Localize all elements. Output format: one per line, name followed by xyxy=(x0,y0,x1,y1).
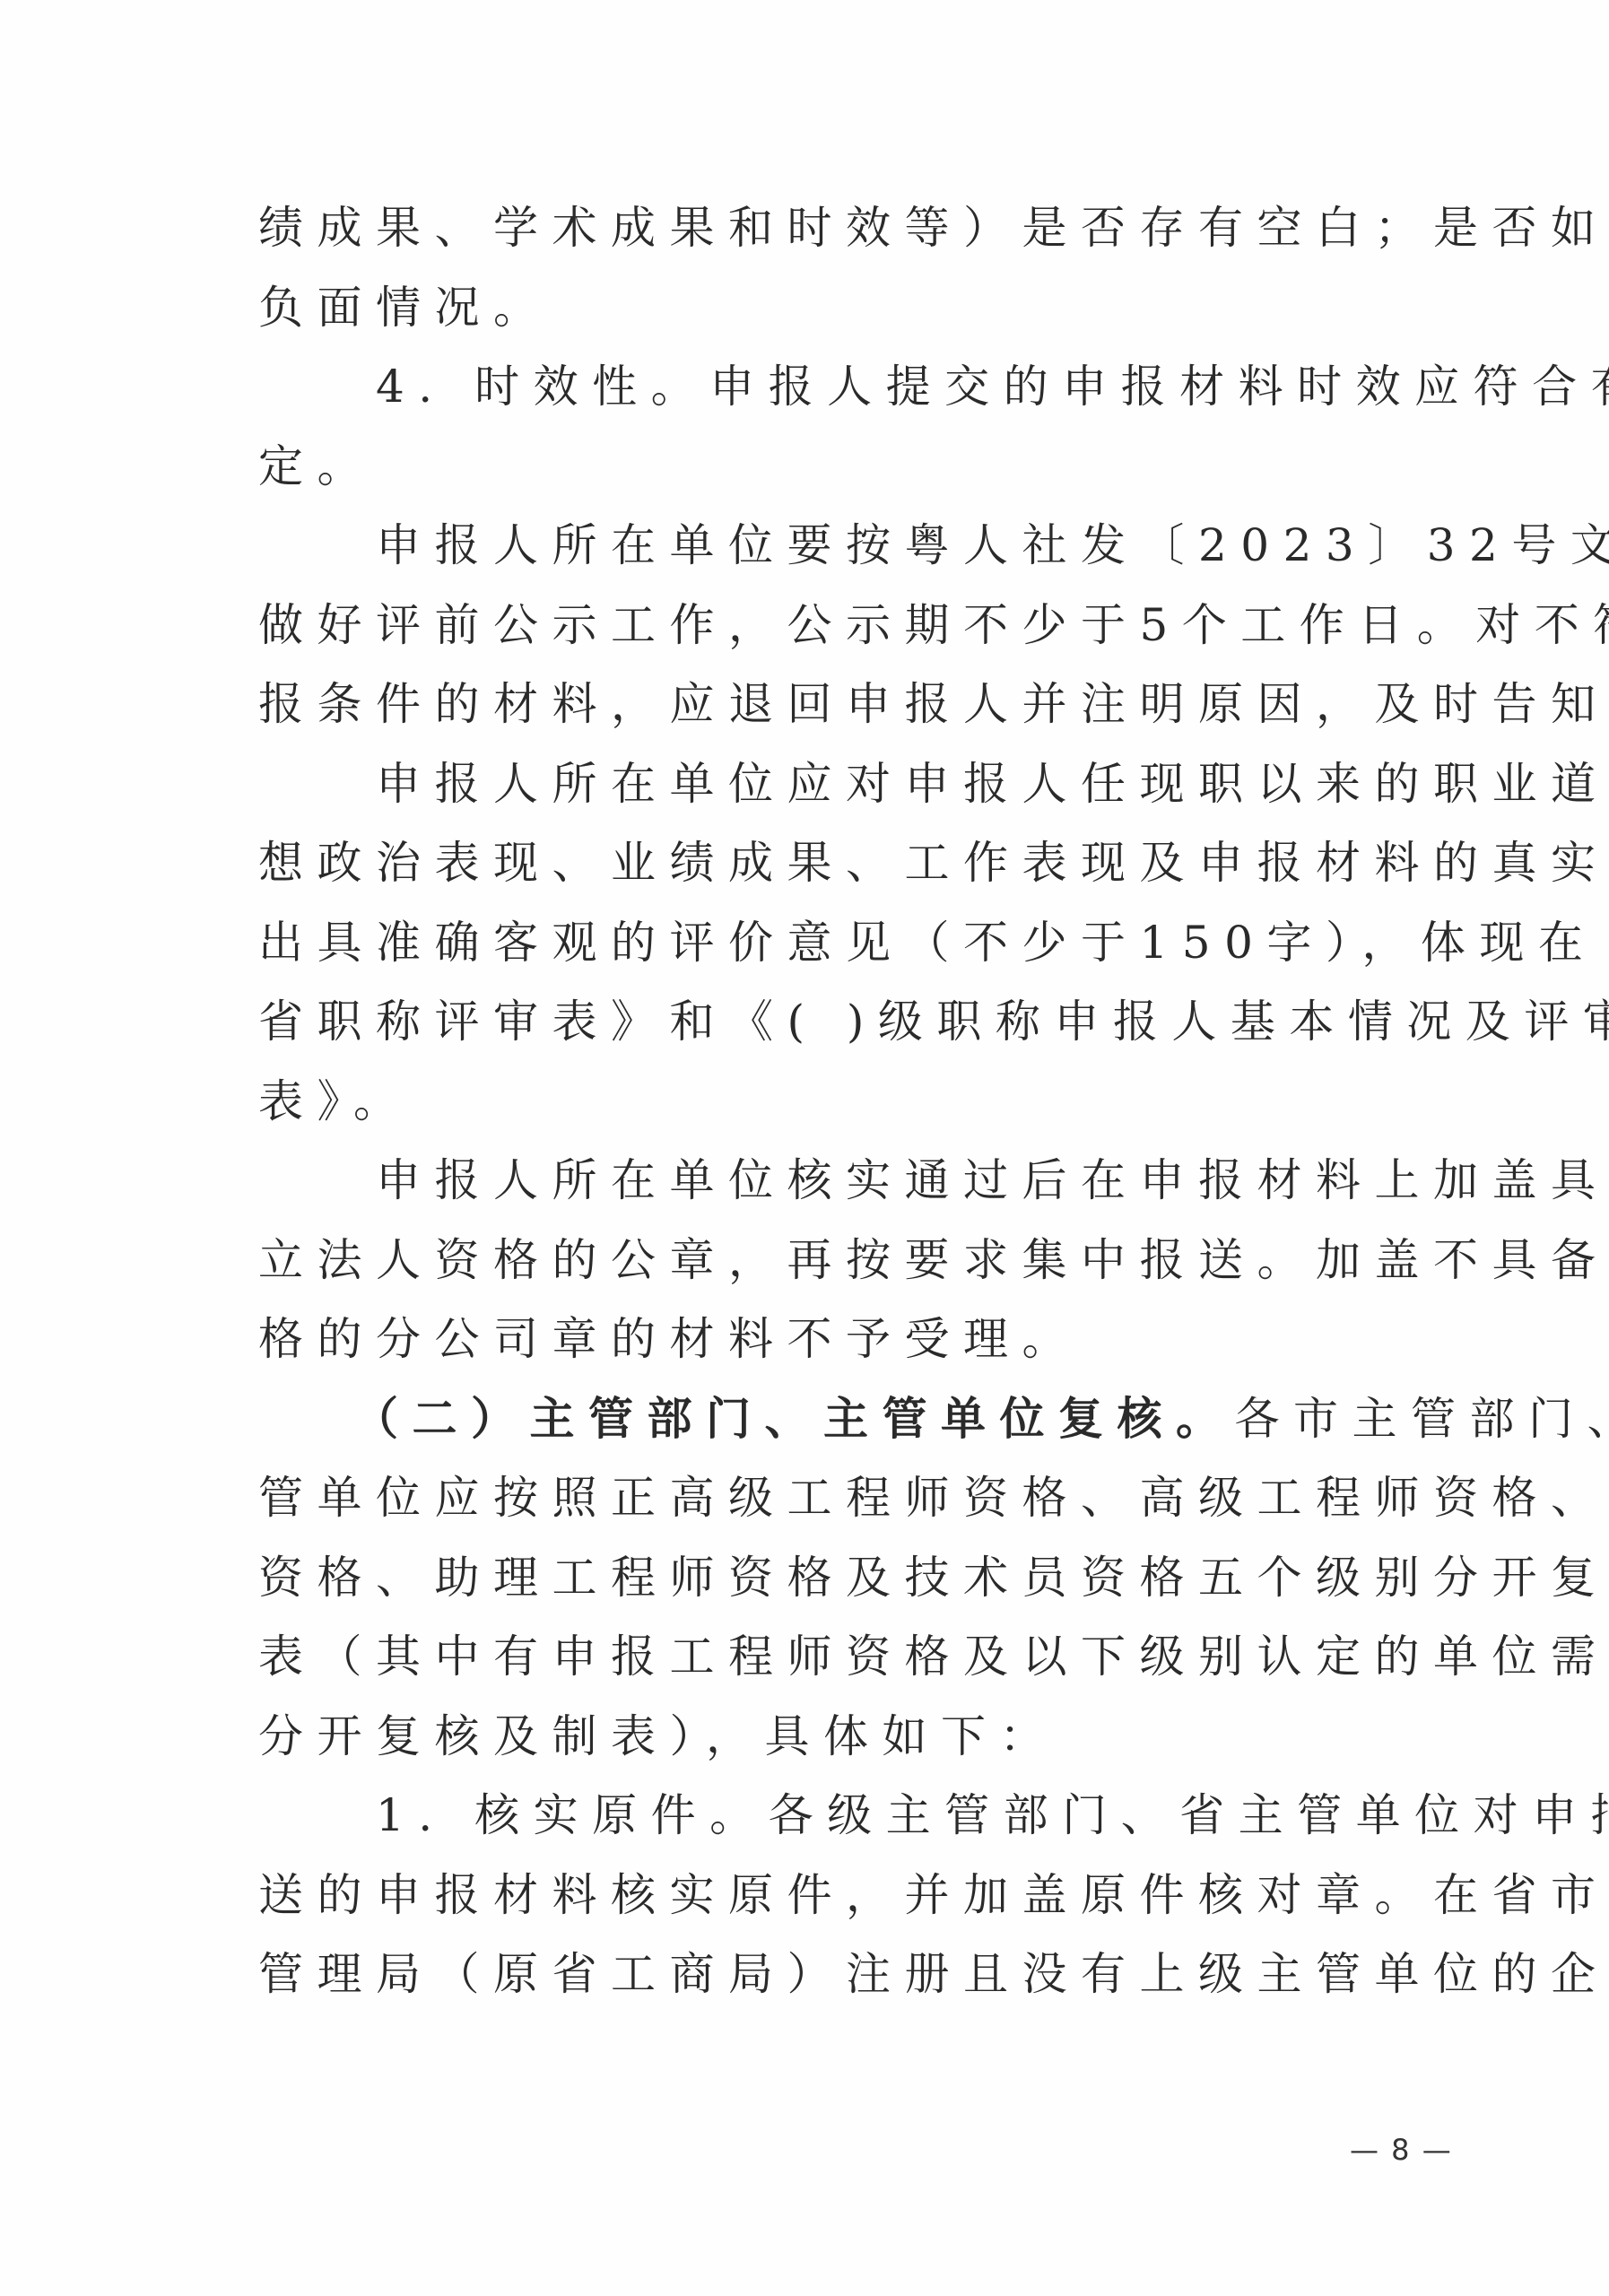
text-line-18: 资格、助理工程师资格及技术员资格五个级别分开复核及制 xyxy=(258,1538,1415,1618)
line-text: 立法人资格的公章，再按要求集中报送。加盖不具备法人资 xyxy=(258,1234,1609,1286)
line-text: 想政治表现、业绩成果、工作表现及申报材料的真实可靠性 xyxy=(258,837,1609,889)
text-line-11: 省职称评审表》和《( )级职称申报人基本情况及评审登记 xyxy=(258,982,1415,1062)
line-text: 4. 时效性。申报人提交的申报材料时效应符合有关规 xyxy=(258,361,1609,413)
text-line-19: 表（其中有申报工程师资格及以下级别认定的单位需按级别 xyxy=(258,1617,1415,1697)
line-text: 表》。 xyxy=(258,1075,413,1127)
text-line-7: 报条件的材料，应退回申报人并注明原因，及时告知申报人。 xyxy=(258,665,1415,744)
text-line-6: 做好评前公示工作，公示期不少于5个工作日。对不符合申 xyxy=(258,586,1415,665)
line-text: 绩成果、学术成果和时效等）是否存有空白；是否如实填报 xyxy=(258,202,1609,254)
line-text: 资格、助理工程师资格及技术员资格五个级别分开复核及制 xyxy=(258,1552,1609,1604)
text-line-16-section-heading: （二）主管部门、主管单位复核。各市主管部门、省主 xyxy=(258,1379,1415,1459)
text-line-13: 申报人所在单位核实通过后在申报材料上加盖具有独 xyxy=(258,1141,1415,1221)
line-text: 送的申报材料核实原件，并加盖原件核对章。在省市场监督 xyxy=(258,1869,1609,1921)
text-line-5: 申报人所在单位要按粤人社发〔2023〕32号文有关要求 xyxy=(258,506,1415,586)
text-line-3: 4. 时效性。申报人提交的申报材料时效应符合有关规 xyxy=(258,347,1415,427)
text-line-2: 负面情况。 xyxy=(258,268,1415,348)
text-line-17: 管单位应按照正高级工程师资格、高级工程师资格、工程师 xyxy=(258,1458,1415,1538)
text-line-1: 绩成果、学术成果和时效等）是否存有空白；是否如实填报 xyxy=(258,188,1415,268)
text-line-9: 想政治表现、业绩成果、工作表现及申报材料的真实可靠性 xyxy=(258,823,1415,903)
line-text: 1. 核实原件。各级主管部门、省主管单位对申报人报 xyxy=(258,1789,1609,1841)
line-text: 申报人所在单位应对申报人任现职以来的职业道德、思 xyxy=(258,758,1609,810)
line-text: 申报人所在单位核实通过后在申报材料上加盖具有独 xyxy=(258,1154,1609,1206)
line-text: 管单位应按照正高级工程师资格、高级工程师资格、工程师 xyxy=(258,1472,1609,1524)
line-text: 负面情况。 xyxy=(258,282,552,334)
text-line-14: 立法人资格的公章，再按要求集中报送。加盖不具备法人资 xyxy=(258,1221,1415,1300)
line-text: 定。 xyxy=(258,440,376,492)
section-heading-bold: （二）主管部门、主管单位复核。 xyxy=(258,1392,1235,1445)
line-text: 做好评前公示工作，公示期不少于5个工作日。对不符合申 xyxy=(258,599,1609,651)
line-text: 出具准确客观的评价意见（不少于150字），体现在《广东 xyxy=(258,917,1609,969)
line-text: 省职称评审表》和《( )级职称申报人基本情况及评审登记 xyxy=(258,996,1609,1048)
text-line-4: 定。 xyxy=(258,427,1415,507)
text-line-8: 申报人所在单位应对申报人任现职以来的职业道德、思 xyxy=(258,744,1415,824)
text-line-22: 送的申报材料核实原件，并加盖原件核对章。在省市场监督 xyxy=(258,1856,1415,1935)
document-body: 绩成果、学术成果和时效等）是否存有空白；是否如实填报 负面情况。 4. 时效性。… xyxy=(258,188,1415,2014)
line-text: 分开复核及制表），具体如下： xyxy=(258,1710,1058,1762)
page-number: — 8 — xyxy=(1350,2133,1453,2167)
line-text: 各市主管部门、省主 xyxy=(1235,1393,1609,1445)
line-text: 管理局（原省工商局）注册且没有上级主管单位的企业人员 xyxy=(258,1948,1609,2000)
text-line-10: 出具准确客观的评价意见（不少于150字），体现在《广东 xyxy=(258,903,1415,983)
text-line-12: 表》。 xyxy=(258,1062,1415,1142)
line-text: 格的分公司章的材料不予受理。 xyxy=(258,1313,1081,1365)
text-line-21: 1. 核实原件。各级主管部门、省主管单位对申报人报 xyxy=(258,1776,1415,1856)
text-line-23: 管理局（原省工商局）注册且没有上级主管单位的企业人员 xyxy=(258,1935,1415,2014)
line-text: 申报人所在单位要按粤人社发〔2023〕32号文有关要求 xyxy=(258,519,1609,571)
line-text: 表（其中有申报工程师资格及以下级别认定的单位需按级别 xyxy=(258,1631,1609,1683)
document-page: 绩成果、学术成果和时效等）是否存有空白；是否如实填报 负面情况。 4. 时效性。… xyxy=(0,0,1609,2296)
line-text: 报条件的材料，应退回申报人并注明原因，及时告知申报人。 xyxy=(258,678,1609,730)
text-line-20: 分开复核及制表），具体如下： xyxy=(258,1697,1415,1777)
text-line-15: 格的分公司章的材料不予受理。 xyxy=(258,1300,1415,1379)
